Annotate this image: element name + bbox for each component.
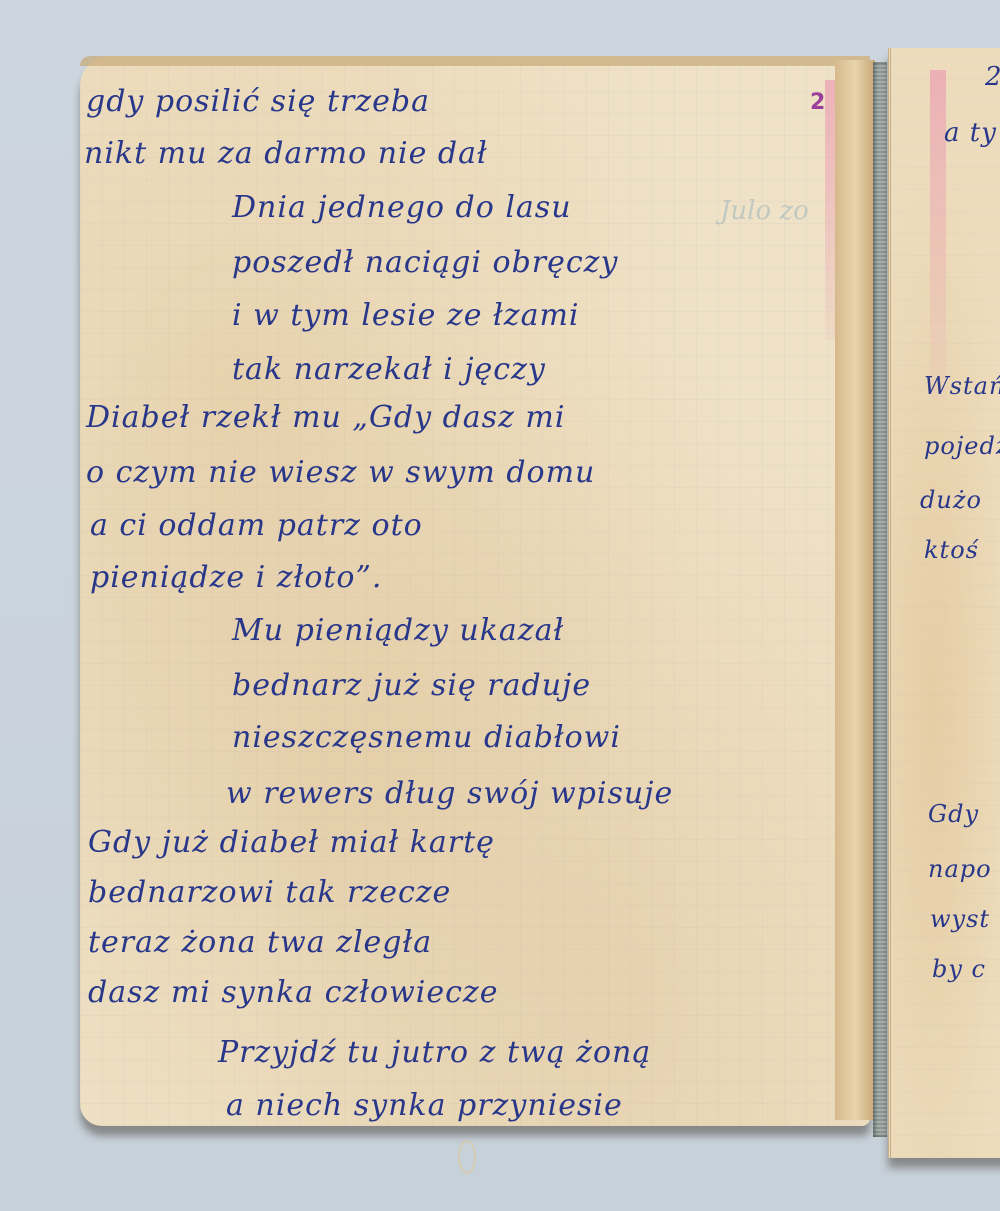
page-fold: [835, 60, 875, 1120]
poem-line: pieniądze i złoto”.: [90, 560, 382, 595]
page-number: 2: [810, 90, 825, 115]
right-page-line: a ty: [944, 118, 997, 148]
poem-line: gdy posilić się trzeba: [86, 84, 430, 119]
poem-line: bednarz już się raduje: [232, 668, 591, 703]
right-page-line: Wstań: [924, 372, 1000, 400]
poem-line: i w tym lesie ze łzami: [232, 298, 580, 333]
poem-line: tak narzekał i jęczy: [232, 352, 546, 387]
right-page-line: napo: [928, 855, 992, 883]
poem-line: w rewers dług swój wpisuje: [226, 776, 673, 811]
poem-line: teraz żona twa zległa: [88, 925, 432, 960]
poem-line: poszedł naciągi obręczy: [232, 245, 618, 280]
loose-thread: [458, 1140, 476, 1174]
poem-line: dasz mi synka człowiecze: [88, 975, 498, 1010]
right-page-line: 2: [985, 62, 1000, 92]
poem-line: bednarzowi tak rzecze: [88, 875, 451, 910]
poem-line: nieszczęsnemu diabłowi: [232, 720, 621, 755]
right-page-line: by c: [932, 955, 986, 983]
right-page-line: wyst: [930, 905, 990, 933]
poem-line: Mu pieniądzy ukazał: [232, 613, 564, 648]
right-page-line: Gdy: [928, 800, 979, 828]
poem-line: Diabeł rzekł mu „Gdy dasz mi: [86, 400, 565, 435]
poem-line: a niech synka przyniesie: [226, 1088, 623, 1123]
poem-line: nikt mu za darmo nie dał: [84, 136, 488, 171]
poem-line: Przyjdź tu jutro z twą żoną: [218, 1035, 651, 1070]
right-page-line: pojedź: [924, 432, 1000, 460]
poem-line: o czym nie wiesz w swym domu: [86, 455, 595, 490]
bleed-through-text: Julo zo: [720, 196, 809, 226]
right-page-line: ktoś: [924, 536, 979, 564]
poem-line: Dnia jednego do lasu: [232, 190, 572, 225]
poem-line: a ci oddam patrz oto: [90, 508, 423, 543]
poem-line: Gdy już diabeł miał kartę: [88, 825, 495, 860]
book-spine: [873, 62, 887, 1137]
right-page-line: dużo: [920, 486, 982, 514]
